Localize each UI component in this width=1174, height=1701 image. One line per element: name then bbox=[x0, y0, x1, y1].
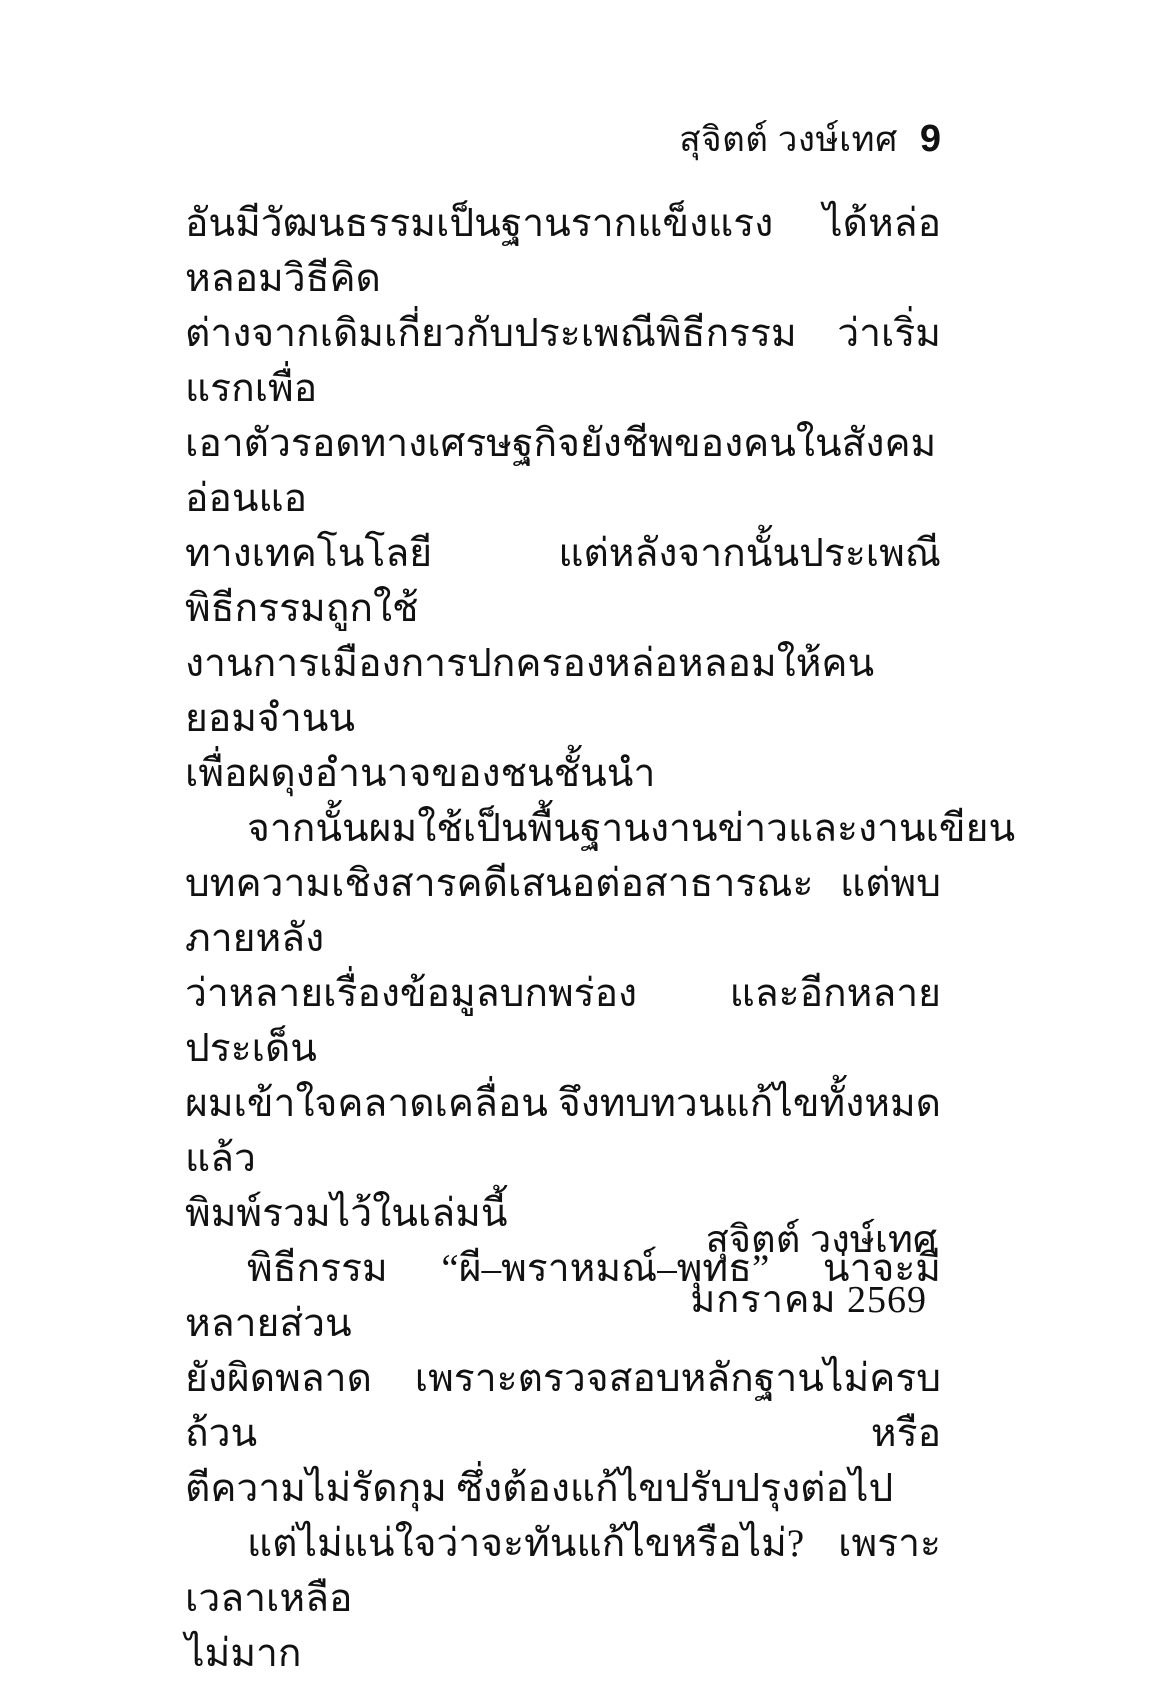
signature-date: มกราคม 2569 bbox=[185, 1270, 941, 1330]
signature-block: สุจิตต์ วงษ์เทศ มกราคม 2569 bbox=[185, 1210, 941, 1330]
text-line: ว่าหลายเรื่องข้อมูลบกพร่อง และอีกหลายประ… bbox=[185, 966, 941, 1076]
text-line: บทความเชิงสารคดีเสนอต่อสาธารณะ แต่พบภายห… bbox=[185, 856, 941, 966]
text-line: ต่างจากเดิมเกี่ยวกับประเพณีพิธีกรรม ว่าเ… bbox=[185, 306, 941, 416]
paragraph-4: แต่ไม่แน่ใจว่าจะทันแก้ไขหรือไม่? เพราะเว… bbox=[185, 1516, 941, 1681]
paragraph-1: อันมีวัฒนธรรมเป็นฐานรากแข็งแรง ได้หล่อหล… bbox=[185, 196, 941, 801]
text-line: อันมีวัฒนธรรมเป็นฐานรากแข็งแรง ได้หล่อหล… bbox=[185, 196, 941, 306]
text-line: เอาตัวรอดทางเศรษฐกิจยังชีพของคนในสังคมอ่… bbox=[185, 416, 941, 526]
running-head: สุจิตต์ วงษ์เทศ9 bbox=[185, 112, 941, 167]
paragraph-2: จากนั้นผมใช้เป็นพื้นฐานงานข่าวและงานเขีย… bbox=[185, 801, 941, 1241]
signature-name: สุจิตต์ วงษ์เทศ bbox=[185, 1210, 941, 1270]
text-line: งานการเมืองการปกครองหล่อหลอมให้คนยอมจำนน bbox=[185, 636, 941, 746]
body-text: อันมีวัฒนธรรมเป็นฐานรากแข็งแรง ได้หล่อหล… bbox=[185, 196, 941, 1681]
text-line: ตีความไม่รัดกุม ซึ่งต้องแก้ไขปรับปรุงต่อ… bbox=[185, 1461, 941, 1516]
text-line: จากนั้นผมใช้เป็นพื้นฐานงานข่าวและงานเขีย… bbox=[185, 801, 941, 856]
book-page: สุจิตต์ วงษ์เทศ9 อันมีวัฒนธรรมเป็นฐานราก… bbox=[0, 0, 1174, 1701]
page-number: 9 bbox=[920, 118, 941, 160]
text-line: ยังผิดพลาด เพราะตรวจสอบหลักฐานไม่ครบถ้วน… bbox=[185, 1351, 941, 1461]
text-line: แต่ไม่แน่ใจว่าจะทันแก้ไขหรือไม่? เพราะเว… bbox=[185, 1516, 941, 1626]
text-line: ทางเทคโนโลยี แต่หลังจากนั้นประเพณีพิธีกร… bbox=[185, 526, 941, 636]
text-line: ไม่มาก bbox=[185, 1626, 941, 1681]
text-line: เพื่อผดุงอำนาจของชนชั้นนำ bbox=[185, 746, 941, 801]
running-head-author: สุจิตต์ วงษ์เทศ bbox=[679, 120, 898, 159]
text-line: ผมเข้าใจคลาดเคลื่อน จึงทบทวนแก้ไขทั้งหมด… bbox=[185, 1076, 941, 1186]
